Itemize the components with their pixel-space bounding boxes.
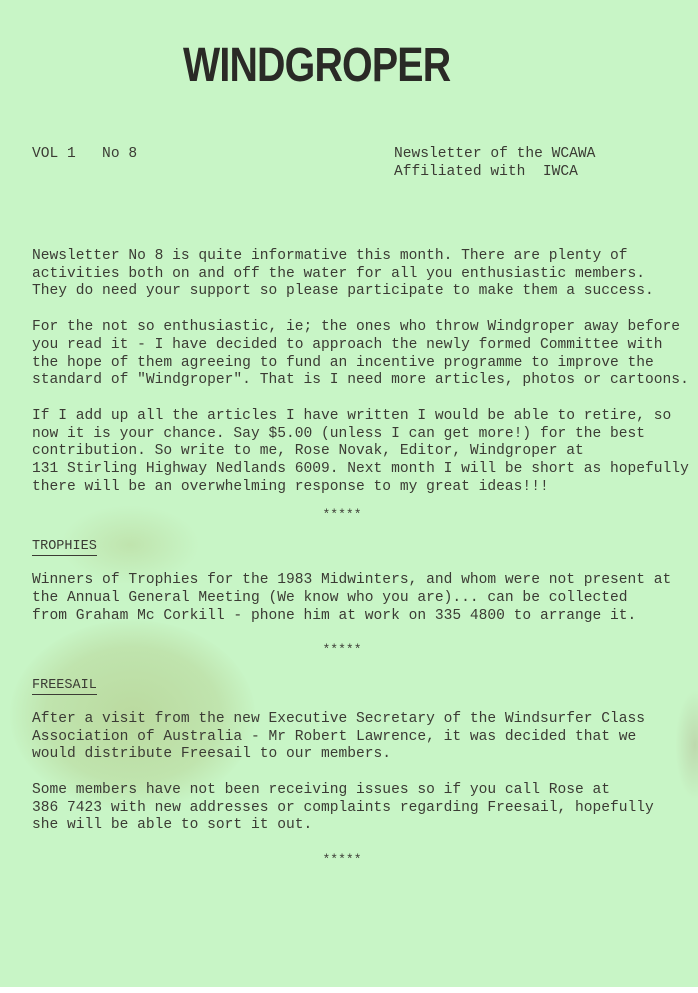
- section-paragraph: After a visit from the new Executive Sec…: [32, 711, 692, 764]
- intro-paragraph: Newsletter No 8 is quite informative thi…: [32, 248, 692, 301]
- separator: *****: [32, 851, 652, 869]
- section-paragraph: Some members have not been receiving iss…: [32, 782, 692, 835]
- subtitle-line-2: Affiliated with IWCA: [394, 164, 595, 182]
- section-paragraph: Winners of Trophies for the 1983 Midwint…: [32, 572, 692, 625]
- separator: *****: [32, 506, 652, 524]
- newsletter-body: Newsletter No 8 is quite informative thi…: [32, 248, 692, 869]
- masthead-subtitle: Newsletter of the WCAWA Affiliated with …: [394, 146, 595, 181]
- section-heading: TROPHIES: [32, 539, 97, 556]
- intro-paragraph: If I add up all the articles I have writ…: [32, 408, 692, 497]
- intro-paragraph: For the not so enthusiastic, ie; the one…: [32, 319, 692, 390]
- volume-number: VOL 1 No 8: [32, 146, 137, 164]
- newsletter-page: WINDGROPER VOL 1 No 8 Newsletter of the …: [0, 0, 698, 987]
- newsletter-title: WINDGROPER: [183, 42, 450, 90]
- section-trophies: TROPHIES Winners of Trophies for the 198…: [32, 538, 692, 659]
- section-freesail: FREESAIL After a visit from the new Exec…: [32, 677, 692, 869]
- section-heading: FREESAIL: [32, 678, 97, 695]
- subtitle-line-1: Newsletter of the WCAWA: [394, 146, 595, 164]
- separator: *****: [32, 641, 652, 659]
